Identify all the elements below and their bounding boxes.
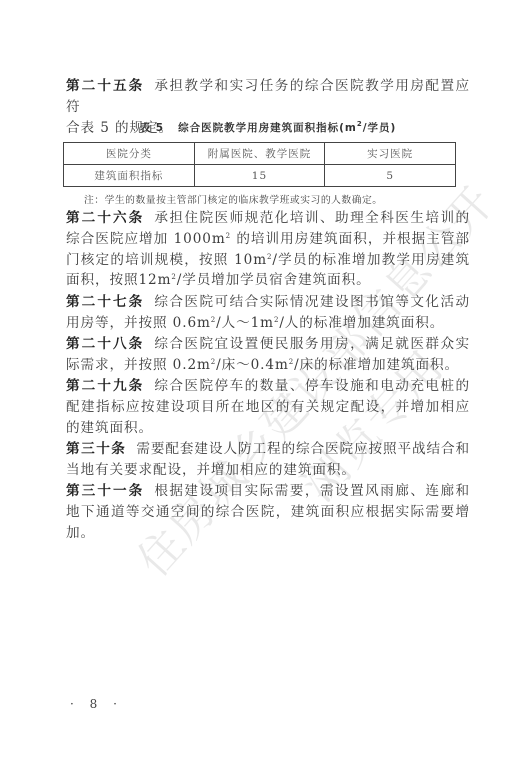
article-text: /人～1m [216,315,274,331]
article-number: 第二十六条 [66,210,144,226]
table-title: 综合医院教学用房建筑面积指标(m [178,122,357,134]
table-header-row: 医院分类 附属医院、教学医院 实习医院 [64,143,456,165]
article-number: 第二十五条 [66,78,144,94]
article-text: /学员增加学员宿舍建筑面积。 [177,272,371,288]
header-cell: 实习医院 [325,143,456,165]
table-row: 建筑面积指标 15 5 [64,165,456,187]
article-text: /床的标准增加建筑面积。 [294,357,459,373]
article-text: /床～0.4m [216,357,289,373]
article-28: 第二十八条综合医院宜设置便民服务用房，满足就医群众实际需求，并按照 0.2m2/… [66,334,470,376]
table-cell: 5 [325,165,456,187]
table-cell: 15 [194,165,325,187]
table-title-suffix: /学员) [363,122,397,134]
table-caption: 表 5 综合医院教学用房建筑面积指标(m2/学员) [66,120,470,135]
article-text: /人的标准增加建筑面积。 [279,315,444,331]
article-number: 第二十八条 [66,336,144,352]
table-note: 注：学生的数量按主管部门核定的临床教学班或实习的人数确定。 [84,192,383,206]
article-29: 第二十九条综合医院停车的数量、停车设施和电动充电桩的配建指标应按建设项目所在地区… [66,376,470,438]
article-text: 需要配套建设人防工程的综合医院应按照平战结合和当地有关要求配设，并增加相应的建筑… [66,441,470,478]
article-31: 第三十一条根据建设项目实际需要，需设置风雨廊、连廊和地下通道等交通空间的综合医院… [66,481,470,543]
page-number: · 8 · [70,697,123,711]
document-page: 第二十五条承担教学和实习任务的综合医院教学用房配置应符 合表 5 的规定。 表 … [0,0,529,767]
header-cell: 附属医院、教学医院 [194,143,325,165]
table-number: 表 5 [140,122,164,134]
article-26: 第二十六条承担住院医师规范化培训、助理全科医生培训的综合医院应增加 1000m2… [66,208,470,291]
article-number: 第三十条 [66,441,126,457]
article-number: 第三十一条 [66,483,144,499]
article-number: 第二十九条 [66,378,144,394]
article-number: 第二十七条 [66,294,144,310]
article-27: 第二十七条综合医院可结合实际情况建设图书馆等文化活动用房等，并按照 0.6m2/… [66,292,470,334]
article-30: 第三十条需要配套建设人防工程的综合医院应按照平战结合和当地有关要求配设，并增加相… [66,439,470,481]
table-cell: 建筑面积指标 [64,165,195,187]
area-index-table: 医院分类 附属医院、教学医院 实习医院 建筑面积指标 15 5 [63,142,456,187]
header-cell: 医院分类 [64,143,195,165]
